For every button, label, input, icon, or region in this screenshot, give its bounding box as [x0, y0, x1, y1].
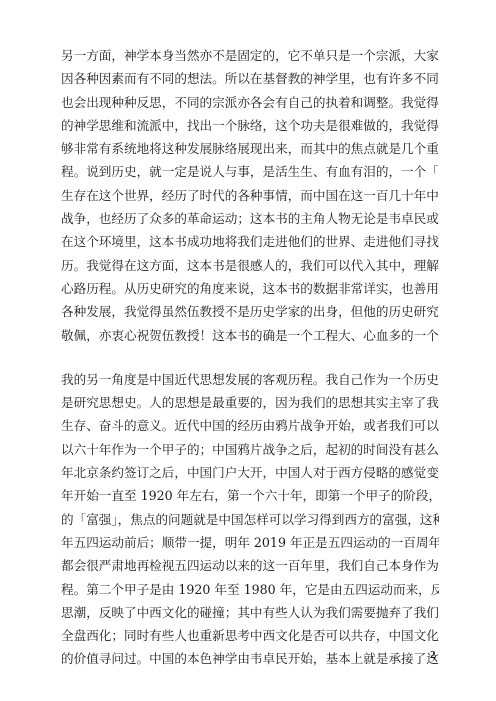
text-line: 以六十年作为一个甲子的；中国鸦片战争之后，起初的时间没有甚么强烈感觉，在 186… — [61, 438, 439, 461]
text-line: 在这个环境里，这本书成功地将我们走进他们的世界、走进他们寻找自己真理道路的经 — [61, 230, 439, 253]
text-line: 生存、奋斗的意义。近代中国的经历由鸦片战争开始，或者我们可以这样算，中国人是 — [61, 414, 439, 437]
text-line: 的神学思维和流派中，找出一个脉络，这个功夫是很难做的，我觉得伍教授在这方面能 — [61, 114, 439, 137]
paragraph-1: 另一方面，神学本身当然亦不是固定的，它不单只是一个宗派，大家追求真理，自然会 因… — [61, 44, 439, 347]
page-number: 2 — [430, 649, 436, 661]
text-line: 也会出现种种反思，不同的宗派亦各会有自己的执着和调整。我觉得这本书能够在不同 — [61, 91, 439, 114]
text-line: 是研究思想史。人的思想是最重要的，因为我们的思想其实主宰了我们每一个人存在、 — [61, 391, 439, 414]
text-line: 因各种因素而有不同的想法。所以在基督教的神学里，也有许多不同的宗派、不同时代 — [61, 67, 439, 90]
text-line: 战争，也经历了众多的革命运动；这本书的主角人物无论是韦卓民或赵紫宸，都是生活 — [61, 207, 439, 230]
paragraph-spacer — [61, 347, 439, 368]
paragraph-2: 我的另一角度是中国近代思想发展的客观历程。我自己作为一个历史学家，最主要的就 是… — [61, 368, 439, 671]
text-line: 程。第二个甲子是由 1920 年至 1980 年，它是由五四运动而来，反映了民族… — [61, 578, 439, 601]
text-line: 各种发展，我觉得虽然伍教授不是历史学家的出身，但他的历史研究成就很大；我非常 — [61, 300, 439, 323]
text-line: 全盘西化；同时有些人也重新思考中西文化是否可以共存，中国文化本身又有甚么真正 — [61, 624, 439, 647]
text-line: 的「富强」，焦点的问题就是中国怎样可以学习得到西方的富强，这种追求一直到 191… — [61, 508, 439, 531]
document-page: 另一方面，神学本身当然亦不是固定的，它不单只是一个宗派，大家追求真理，自然会 因… — [0, 0, 496, 701]
text-line: 我的另一角度是中国近代思想发展的客观历程。我自己作为一个历史学家，最主要的就 — [61, 368, 439, 391]
text-line: 年五四运动前后；顺带一提，明年 2019 年正是五四运动的一百周年，我希望在座的… — [61, 531, 439, 554]
text-line: 思潮，反映了中西文化的碰撞；其中有些人认为我们需要抛弃了我们自己的中国文化， — [61, 601, 439, 624]
text-line: 另一方面，神学本身当然亦不是固定的，它不单只是一个宗派，大家追求真理，自然会 — [61, 44, 439, 67]
text-line: 年开始一直至 1920 年左右，第一个六十年，即第一个甲子的阶段，我们追求的是西… — [61, 484, 439, 507]
text-line: 都会很严肃地再检视五四运动以来的这一百年里，我们自己本身作为一个民族的思想历 — [61, 554, 439, 577]
text-line: 够非常有系统地将这种发展脉络展现出来，而其中的焦点就是几个重要人物的心路历 — [61, 137, 439, 160]
text-line: 生存在这个世界，经历了时代的各种事情，而中国在这一百几十年中经历了许多苦难和 — [61, 184, 439, 207]
body-text: 另一方面，神学本身当然亦不是固定的，它不单只是一个宗派，大家追求真理，自然会 因… — [61, 44, 439, 671]
text-line: 年北京条约签订之后，中国门户大开，中国人对于西方侵略的感觉变得很强烈。由 186… — [61, 461, 439, 484]
text-line: 心路历程。从历史研究的角度来说，这本书的数据非常详实，也善用多角度的方式融会 — [61, 277, 439, 300]
text-line: 的价值寻问过。中国的本色神学由韦卓民开始，基本上就是承接了这一种思路。在政治 — [61, 647, 439, 670]
text-line: 敬佩，亦衷心祝贺伍教授！这本书的确是一个工程大、心血多的一个工作。 — [61, 324, 439, 347]
text-line: 历。我觉得在这方面，这本书是很感人的，我们可以代入其中，理解到那一代中国人的 — [61, 254, 439, 277]
text-line: 程。说到历史，就一定是说人与事，是活生生、有血有泪的，一个「肉身」(warm b… — [61, 160, 439, 183]
